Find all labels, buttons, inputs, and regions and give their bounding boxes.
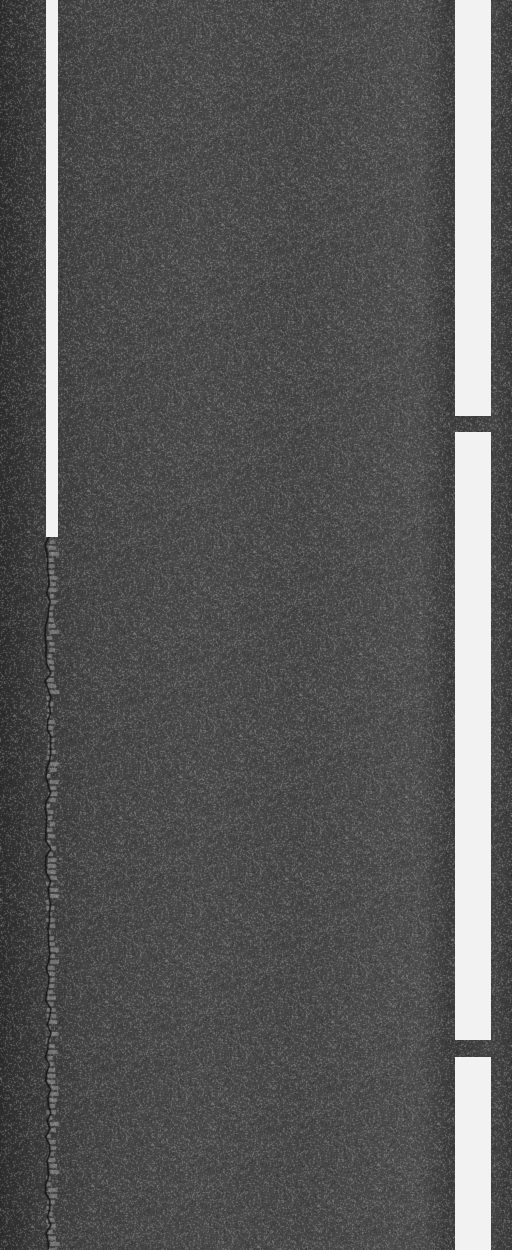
road-surface: Top-down view of asphalt road lane with … xyxy=(0,0,512,1250)
left-edge-line xyxy=(46,0,58,537)
right-lane-line-segment xyxy=(455,0,491,416)
right-lane-line-segment xyxy=(455,432,491,1040)
asphalt-texture xyxy=(0,0,512,1250)
right-lane-line-segment xyxy=(455,1057,491,1250)
